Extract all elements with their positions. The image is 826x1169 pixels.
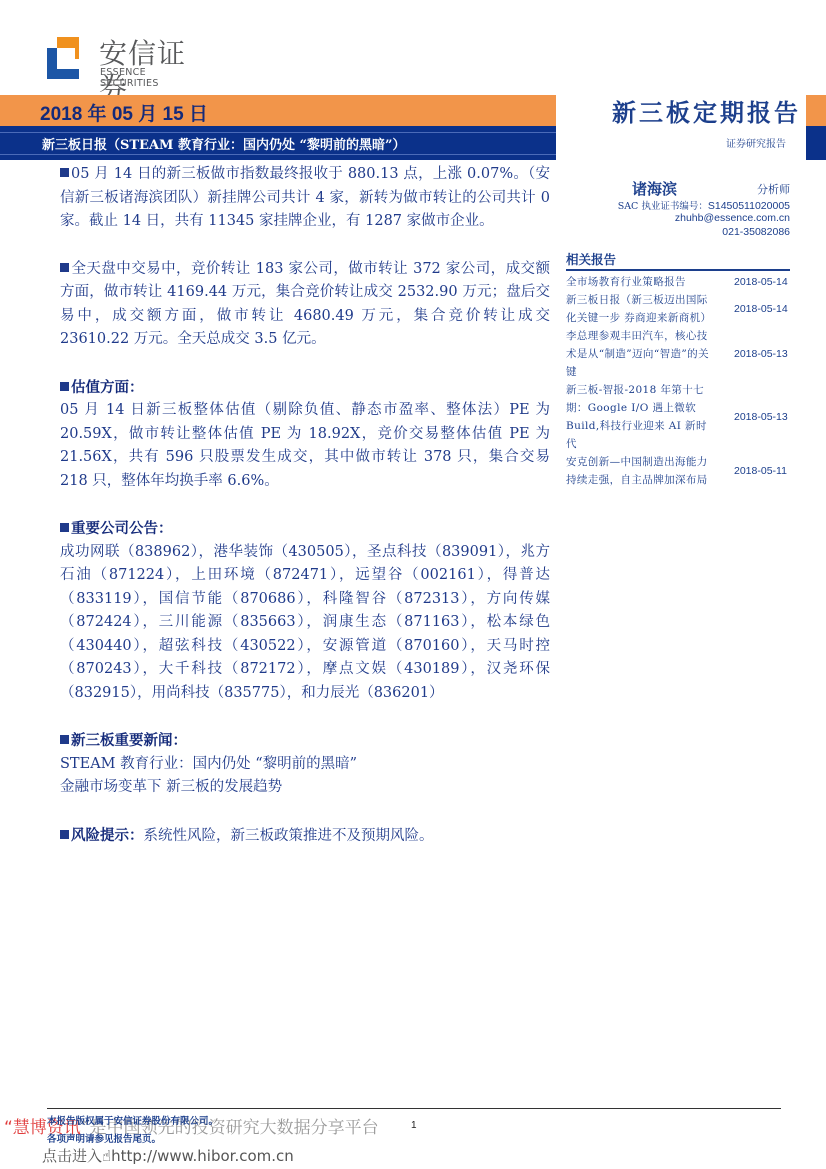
section-title-announcements: 重要公司公告： [60,517,550,541]
related-report-item[interactable]: 李总理参观丰田汽车，核心技术是从“制造”迈向“智造”的关键2018-05-13 [566,327,790,381]
announcements-text: 成功网联（838962），港华装饰（430505），圣点科技（839091），兆… [60,541,550,706]
related-report-item[interactable]: 全市场教育行业策略报告2018-05-14 [566,273,790,291]
valuation-section: 估值方面： 05 月 14 日新三板整体估值（剔除负值、静态市盈率、整体法）PE… [60,376,550,494]
related-report-item[interactable]: 新三板-智报-2018 年第十七期：Google I/O 遇上微软 Build,… [566,381,790,453]
report-subtitle: 新三板日报（STEAM 教育行业：国内仍处 “黎明前的黑暗”） [42,134,405,153]
bullet-icon [60,168,69,177]
section-title-risk: 风险提示： [71,827,144,844]
section-title-valuation: 估值方面： [60,376,550,400]
related-report-item[interactable]: 安克创新—中国制造出海能力持续走强，自主品牌加深布局2018-05-11 [566,453,790,489]
report-type-title: 新三板定期报告 [612,93,801,128]
analyst-name: 诸海滨 [632,178,677,199]
risk-text: 系统性风险，新三板政策推进不及预期风险。 [144,828,434,844]
main-content: 05 月 14 日的新三板做市指数最终报收于 880.13 点，上涨 0.07%… [60,163,550,848]
bullet-icon [60,735,69,744]
news-item-link[interactable]: STEAM 教育行业：国内仍处 “黎明前的黑暗” [60,753,550,777]
section-title-news: 新三板重要新闻： [60,729,550,753]
copyright-note: 本报告版权属于安信证券股份有限公司。 [47,1113,218,1127]
footer-divider [47,1108,781,1109]
logo-name-en: ESSENCE SECURITIES [100,67,207,89]
logo-mark-icon [47,37,79,79]
disclaimer-note: 各项声明请参见报告尾页。 [47,1131,161,1145]
related-reports-list: 全市场教育行业策略报告2018-05-14 新三板日报（新三板迈出国际化关键一步… [566,273,790,489]
bullet-icon [60,830,69,839]
bullet-icon [60,523,69,532]
header-band-orange-right [806,95,826,126]
pointer-hand-icon: ☝ [102,1147,111,1165]
analyst-phone: 021-35082086 [722,226,790,238]
analyst-sac: SAC 执业证书编号：S1450511020005 [618,198,790,212]
report-date: 2018 年 05 月 15 日 [40,99,208,126]
company-logo: 安信证券 ESSENCE SECURITIES [47,37,207,81]
analyst-role: 分析师 [757,181,790,197]
analyst-email[interactable]: zhuhb@essence.com.cn [675,212,790,224]
related-report-item[interactable]: 新三板日报（新三板迈出国际化关键一步 券商迎来新商机）2018-05-14 [566,291,790,327]
watermark-link[interactable]: 点击进入☝http://www.hibor.com.cn [42,1145,294,1166]
market-summary-paragraph: 05 月 14 日的新三板做市指数最终报收于 880.13 点，上涨 0.07%… [60,163,550,234]
news-section: 新三板重要新闻： STEAM 教育行业：国内仍处 “黎明前的黑暗” 金融市场变革… [60,729,550,800]
announcements-section: 重要公司公告： 成功网联（838962），港华装饰（430505），圣点科技（8… [60,517,550,705]
report-kind-label: 证券研究报告 [726,135,786,150]
news-item-link[interactable]: 金融市场变革下 新三板的发展趋势 [60,776,550,800]
bullet-icon [60,382,69,391]
related-reports-title: 相关报告 [566,250,616,268]
bullet-icon [60,263,69,272]
header-band-blue-right [806,126,826,160]
trading-summary-paragraph: 全天盘中交易中，竞价转让 183 家公司，做市转让 372 家公司，成交额方面，… [60,258,550,352]
risk-section: 风险提示：系统性风险，新三板政策推进不及预期风险。 [60,824,550,849]
related-reports-divider [566,269,790,271]
page-number: 1 [411,1120,417,1131]
valuation-text: 05 月 14 日新三板整体估值（剔除负值、静态市盈率、整体法）PE 为 20.… [60,399,550,493]
